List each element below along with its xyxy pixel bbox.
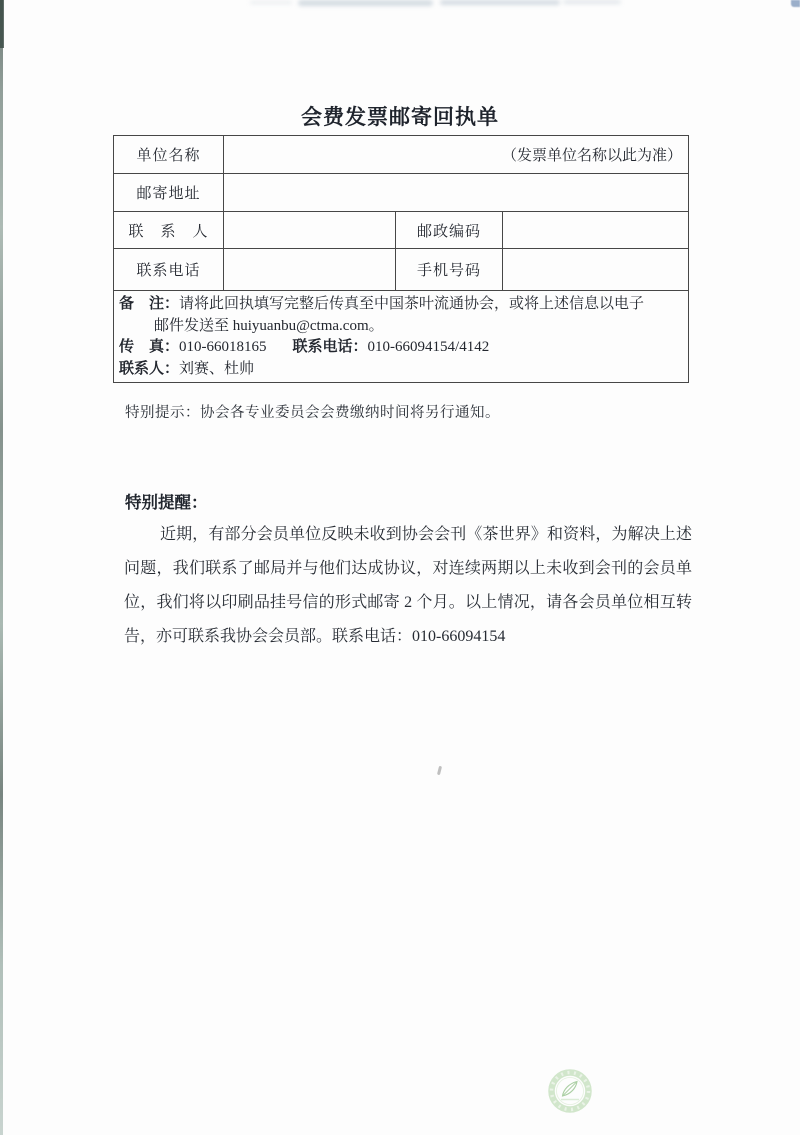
- postal-code-label: 邮政编码: [396, 212, 503, 249]
- top-left-corner-scan-mark: [0, 0, 4, 48]
- invoice-name-note: （发票单位名称以此为准）: [502, 148, 682, 164]
- postal-code-value-cell: [503, 212, 689, 249]
- top-edge-smudge: [250, 1, 292, 4]
- table-row-remarks: 备 注：请将此回执填写完整后传真至中国茶叶流通协会，或将上述信息以电子 邮件发送…: [114, 291, 689, 383]
- receipt-form-table: 单位名称 （发票单位名称以此为准） 邮寄地址 联 系 人 邮政编码 联系电话 手…: [113, 135, 689, 383]
- contacts-names: 刘赛、杜帅: [179, 361, 254, 377]
- seal-inner-circle: [557, 1078, 584, 1105]
- special-note-label: 特别提示：: [125, 405, 200, 421]
- top-edge-smudge: [563, 0, 621, 4]
- table-row-unit-name: 单位名称 （发票单位名称以此为准）: [114, 136, 689, 174]
- contact-person-label: 联 系 人: [114, 212, 224, 249]
- page-title: 会费发票邮寄回执单: [0, 101, 800, 131]
- reminder-paragraph: 近期，有部分会员单位反映未收到协会会刊《茶世界》和资料，为解决上述 问题，我们联…: [124, 518, 692, 654]
- remarks-line-1: 备 注：请将此回执填写完整后传真至中国茶叶流通协会，或将上述信息以电子: [119, 294, 682, 316]
- unit-name-label: 单位名称: [114, 136, 224, 174]
- mail-address-label: 邮寄地址: [114, 174, 224, 212]
- fax-number: 010-66018165: [179, 339, 267, 355]
- phone-number: 010-66094154/4142: [368, 339, 490, 355]
- remarks-cell: 备 注：请将此回执填写完整后传真至中国茶叶流通协会，或将上述信息以电子 邮件发送…: [114, 291, 689, 383]
- contact-phone-label: 联系电话: [114, 249, 224, 291]
- mail-address-value-cell: [224, 174, 689, 212]
- fax-label: 传 真：: [119, 339, 179, 355]
- phone-label: 联系电话：: [293, 339, 368, 355]
- reminder-line: 问题，我们联系了邮局并与他们达成协议，对连续两期以上未收到会刊的会员单: [124, 552, 692, 586]
- contacts-label: 联系人：: [119, 361, 179, 377]
- table-row-contact-person: 联 系 人 邮政编码: [114, 212, 689, 249]
- left-edge-scan-line: [0, 0, 3, 1135]
- contact-person-value-cell: [224, 212, 396, 249]
- remarks-line-4: 联系人：刘赛、杜帅: [119, 359, 682, 381]
- top-edge-smudge: [298, 0, 433, 6]
- tea-association-seal-watermark: [545, 1066, 595, 1116]
- stray-ink-dot: [437, 766, 442, 775]
- mobile-number-label: 手机号码: [396, 249, 503, 291]
- special-note-line: 特别提示：协会各专业委员会会费缴纳时间将另行通知。: [125, 401, 500, 422]
- mobile-number-value-cell: [503, 249, 689, 291]
- remarks-line-2: 邮件发送至 huiyuanbu@ctma.com。: [119, 316, 682, 338]
- remarks-email: huiyuanbu@ctma.com: [233, 318, 369, 334]
- top-right-corner-mark: [791, 0, 800, 7]
- contact-phone-value-cell: [224, 249, 396, 291]
- remarks-text-2: 邮件发送至: [154, 318, 233, 334]
- reminder-line: 位，我们将以印刷品挂号信的形式邮寄 2 个月。以上情况，请各会员单位相互转: [124, 586, 692, 620]
- special-reminder-heading: 特别提醒：: [125, 489, 208, 513]
- remarks-text-1: 请将此回执填写完整后传真至中国茶叶流通协会，或将上述信息以电子: [179, 296, 644, 312]
- table-row-mail-address: 邮寄地址: [114, 174, 689, 212]
- remarks-label: 备 注：: [119, 296, 179, 312]
- top-edge-smudge: [440, 0, 560, 5]
- reminder-line: 告，亦可联系我协会会员部。联系电话：010-66094154: [124, 620, 692, 654]
- table-row-contact-phone: 联系电话 手机号码: [114, 249, 689, 291]
- unit-name-value-cell: （发票单位名称以此为准）: [224, 136, 689, 174]
- special-note-text: 协会各专业委员会会费缴纳时间将另行通知。: [200, 405, 500, 421]
- remarks-line-3: 传 真：010-66018165联系电话：010-66094154/4142: [119, 337, 682, 359]
- reminder-line: 近期，有部分会员单位反映未收到协会会刊《茶世界》和资料，为解决上述: [124, 518, 692, 552]
- remarks-text-2b: 。: [369, 318, 384, 334]
